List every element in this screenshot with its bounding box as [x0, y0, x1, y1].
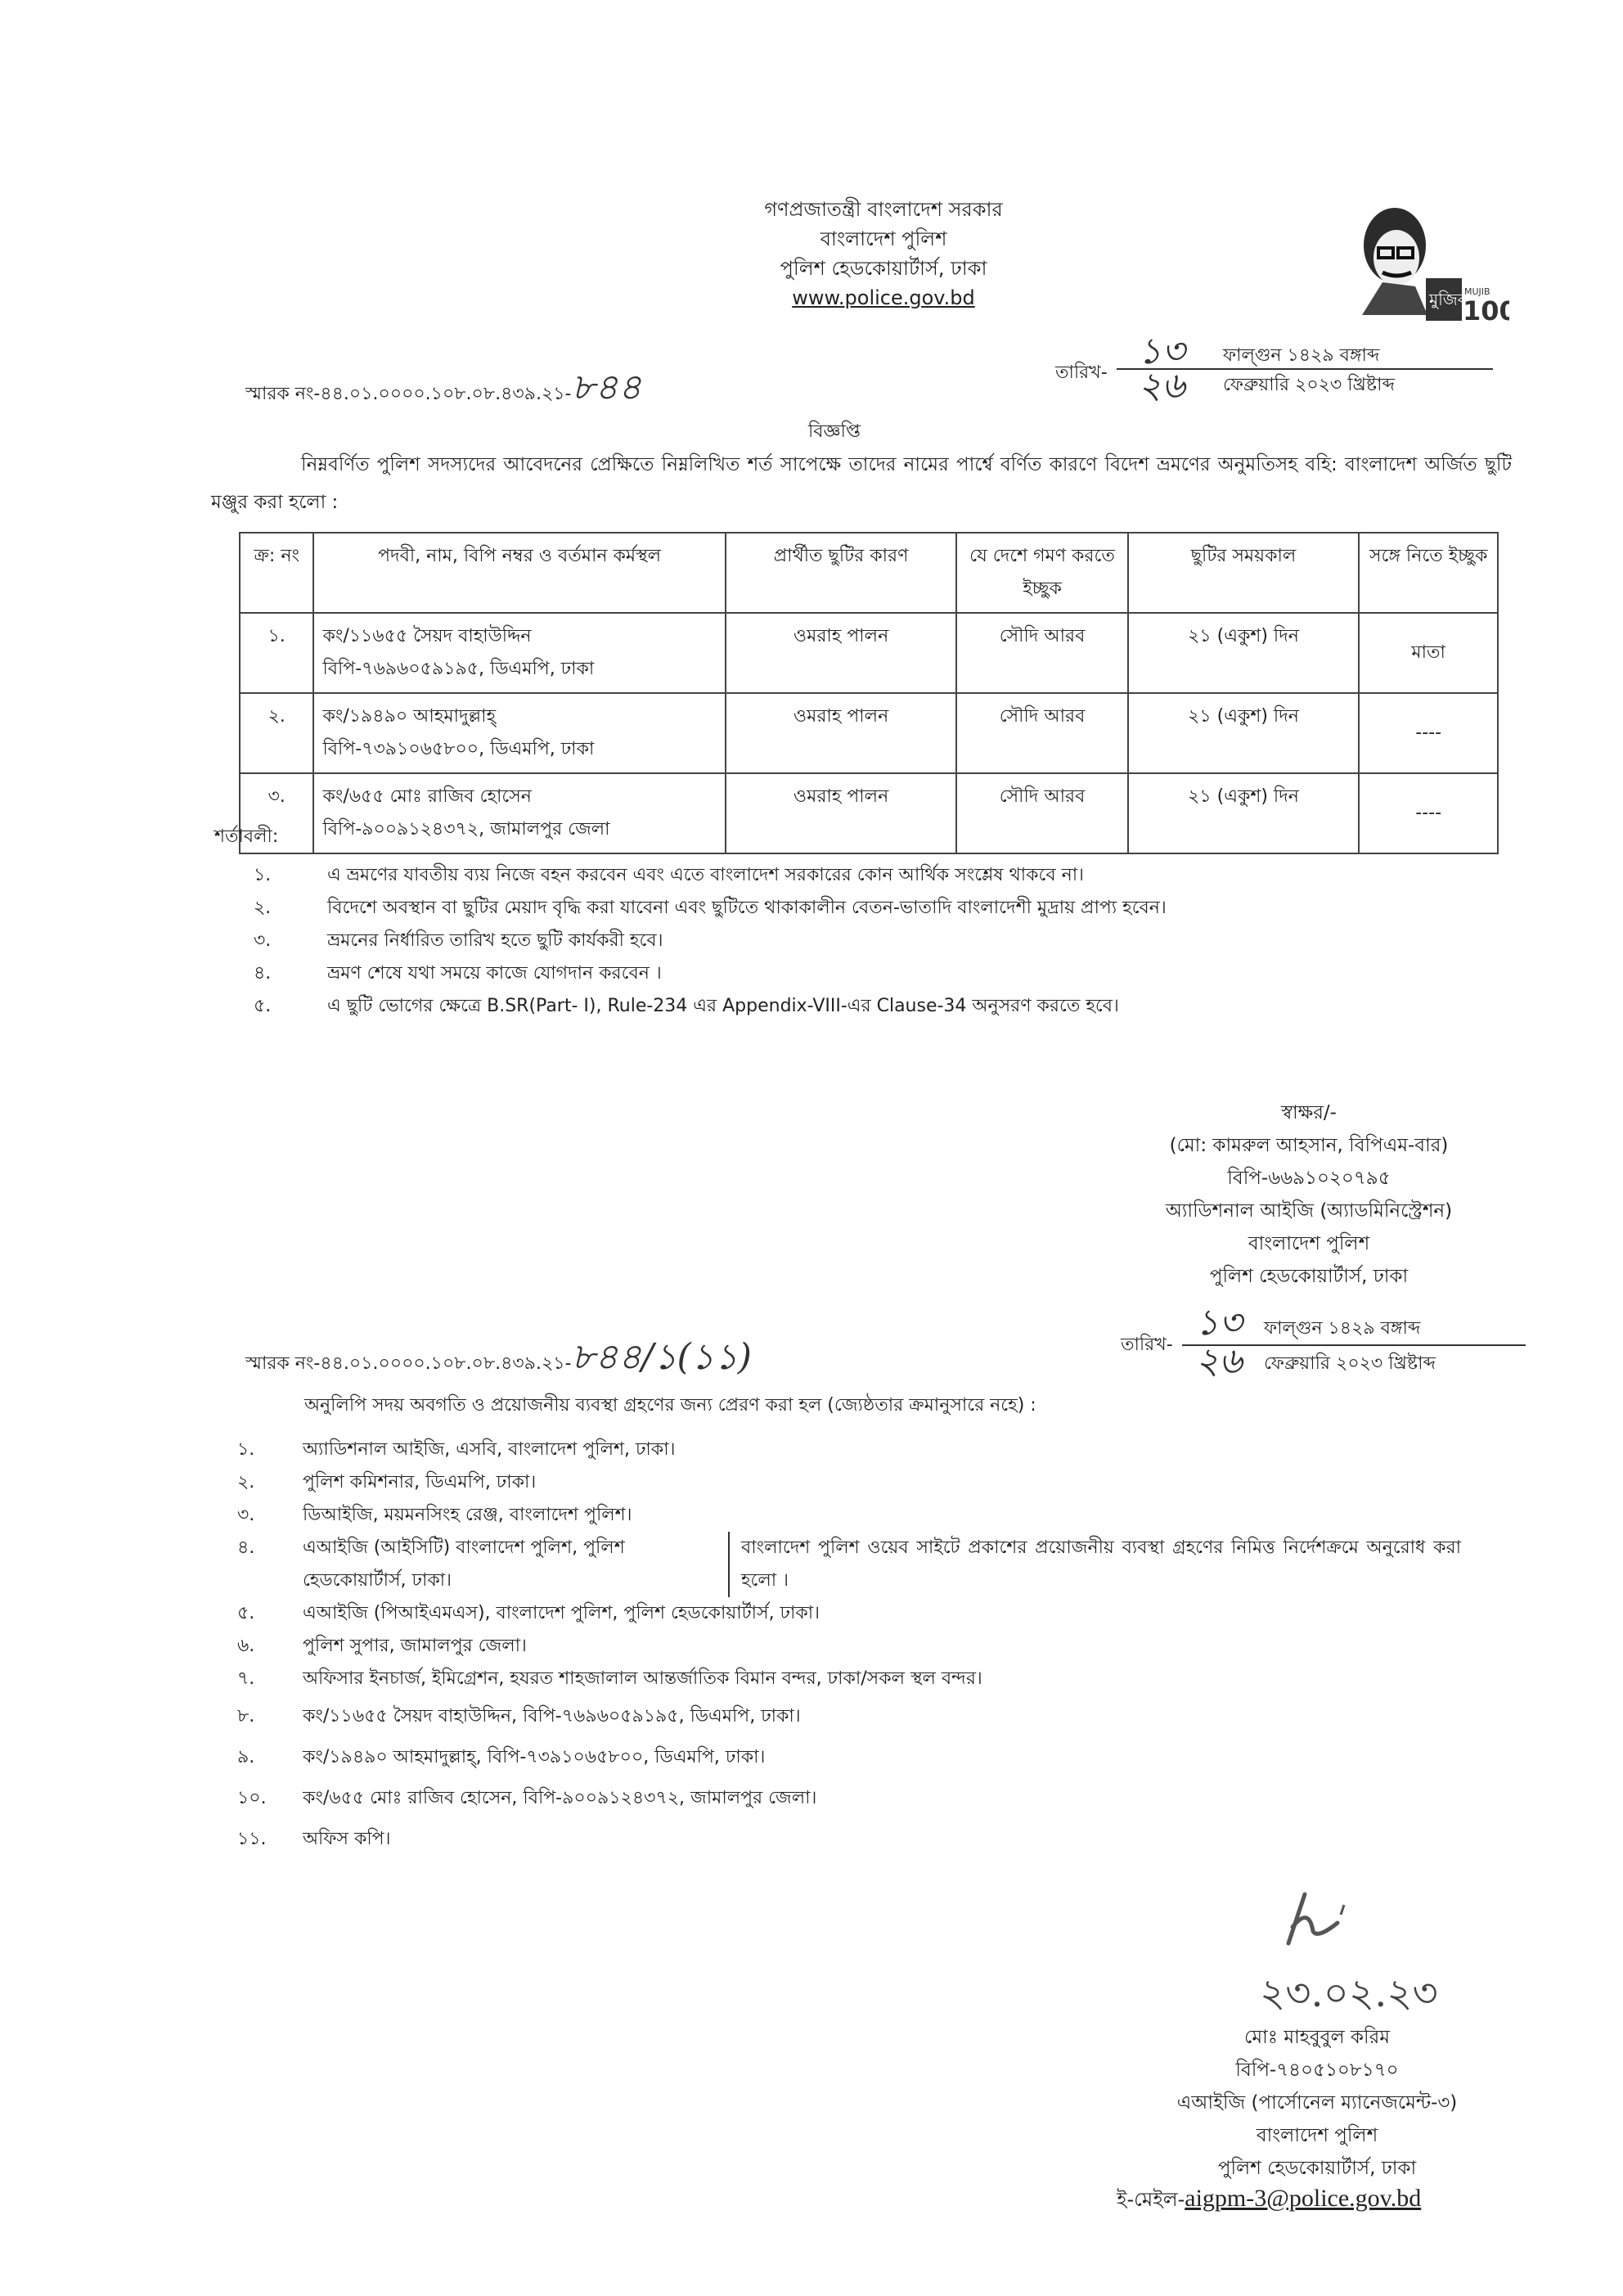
cell-reason: ওমরাহ পালন	[726, 613, 957, 693]
date-label: তারিখ-	[1055, 358, 1108, 389]
condition-item: ৩.ভ্রমনের নির্ধারিত তারিখ হতে ছুটি কার্য…	[254, 925, 1530, 957]
copy-number: ২.	[237, 1466, 303, 1499]
copy-item: ৫.এআইজি (পিআইএমএস), বাংলাদেশ পুলিশ, পুলি…	[237, 1597, 1546, 1630]
cell-name: কং/৬৫৫ মোঃ রাজিব হোসেনবিপি-৯০০৯১২৪৩৭২, জ…	[313, 773, 725, 853]
office-name: পুলিশ হেডকোয়ার্টার্স, ঢাকা	[654, 254, 1113, 283]
condition-text: ভ্রমণ শেষে যথা সময়ে কাজে যোগদান করবেন ।	[327, 957, 662, 990]
copy-text: অ্যাডিশনাল আইজি, এসবি, বাংলাদেশ পুলিশ, ঢ…	[303, 1434, 675, 1466]
member-name: কং/৬৫৫ মোঃ রাজিব হোসেন	[322, 781, 716, 813]
cell-serial: ২.	[240, 693, 313, 773]
signed-mark: স্বাক্ষর/-	[1088, 1096, 1530, 1129]
cell-duration: ২১ (একুশ) দিন	[1128, 693, 1360, 773]
date-gregorian: ফেব্রুয়ারি ২০২৩ খ্রিষ্টাব্দ	[1256, 1346, 1436, 1380]
copy-item: ৯.কং/১৯৪৯০ আহমাদুল্লাহ্, বিপি-৭৩৯১০৬৫৮০০…	[237, 1741, 1546, 1774]
signatory-block-1: স্বাক্ষর/- (মো: কামরুল আহসান, বিপিএম-বার…	[1088, 1096, 1530, 1293]
date-gregorian: ফেব্রুয়ারি ২০২৩ খ্রিষ্টাব্দ	[1207, 370, 1395, 403]
signatory-designation: এআইজি (পার্সোনেল ম্যানেজমেন্ট-৩)	[1121, 2087, 1513, 2119]
member-detail: বিপি-৭৩৯১০৬৫৮০০, ডিএমপি, ঢাকা	[322, 733, 716, 766]
email-label: ই-মেইল-	[1117, 2188, 1185, 2211]
copy-number: ৭.	[237, 1663, 303, 1695]
copy-note: বাংলাদেশ পুলিশ ওয়েব সাইটে প্রকাশের প্রয…	[728, 1532, 1461, 1597]
cell-companion: মাতা	[1359, 613, 1498, 693]
signatory-bp: বিপি-৭৪০৫১০৮১৭০	[1121, 2054, 1513, 2087]
table-row: ৩. কং/৬৫৫ মোঃ রাজিব হোসেনবিপি-৯০০৯১২৪৩৭২…	[240, 773, 1498, 853]
condition-item: ৫.এ ছুটি ভোগের ক্ষেত্রে B.SR(Part- I), R…	[254, 990, 1530, 1023]
date-hand-day-bangla: ১৩	[1117, 335, 1207, 368]
org-name: বাংলাদেশ পুলিশ	[654, 224, 1113, 254]
condition-number: ৩.	[254, 925, 327, 957]
copy-text: পুলিশ কমিশনার, ডিএমপি, ঢাকা।	[303, 1466, 536, 1499]
copy-item: ১.অ্যাডিশনাল আইজি, এসবি, বাংলাদেশ পুলিশ,…	[237, 1434, 1546, 1466]
copy-item: ৮.কং/১১৬৫৫ সৈয়দ বাহাউদ্দিন, বিপি-৭৬৯৬০৫…	[237, 1700, 1546, 1733]
condition-item: ২.বিদেশে অবস্থান বা ছুটির মেয়াদ বৃদ্ধি …	[254, 892, 1530, 925]
copy-number: ৮.	[237, 1700, 303, 1733]
copy-text: অফিসার ইনচার্জ, ইমিগ্রেশন, হযরত শাহজালাল…	[303, 1663, 982, 1695]
copy-number: ৯.	[237, 1741, 303, 1774]
copy-item: ১১.অফিস কপি।	[237, 1823, 1546, 1856]
table-row: ২. কং/১৯৪৯০ আহমাদুল্লাহ্বিপি-৭৩৯১০৬৫৮০০,…	[240, 693, 1498, 773]
condition-number: ৫.	[254, 990, 327, 1023]
signatory-name: (মো: কামরুল আহসান, বিপিএম-বার)	[1088, 1129, 1530, 1162]
cell-companion: ----	[1359, 693, 1498, 773]
signatory-org: বাংলাদেশ পুলিশ	[1121, 2119, 1513, 2152]
copy-item: ৩.ডিআইজি, ময়মনসিংহ রেঞ্জ, বাংলাদেশ পুলি…	[237, 1499, 1546, 1532]
handwritten-signature-icon	[1280, 1890, 1354, 1951]
signatory-designation: অ্যাডিশনাল আইজি (অ্যাডমিনিস্ট্রেশন)	[1088, 1195, 1530, 1227]
conditions-list: ১.এ ভ্রমণের যাবতীয় ব্যয় নিজে বহন করবেন…	[254, 859, 1530, 1023]
cell-companion: ----	[1359, 773, 1498, 853]
memo-handwritten-number: ৮৪৪/১(১১)	[571, 1336, 751, 1378]
leave-table: ক্র: নং পদবী, নাম, বিপি নম্বর ও বর্তমান …	[239, 532, 1499, 854]
copy-number: ১০.	[237, 1782, 303, 1815]
member-name: কং/১১৬৫৫ সৈয়দ বাহাউদ্দিন	[322, 620, 716, 653]
signatory-org: বাংলাদেশ পুলিশ	[1088, 1227, 1530, 1260]
copy-text: ডিআইজি, ময়মনসিংহ রেঞ্জ, বাংলাদেশ পুলিশ।	[303, 1499, 632, 1532]
memo-number: স্মারক নং-৪৪.০১.০০০০.১০৮.০৮.৪৩৯.২১-৮৪৪	[245, 360, 641, 420]
condition-text: এ ভ্রমণের যাবতীয় ব্যয় নিজে বহন করবেন এ…	[327, 859, 1084, 892]
copy-text: অফিস কপি।	[303, 1823, 390, 1856]
email-link[interactable]: aigpm-3@police.gov.bd	[1185, 2185, 1421, 2212]
copy-item: ৪. এআইজি (আইসিটি) বাংলাদেশ পুলিশ, পুলিশ …	[237, 1532, 1546, 1597]
copy-memo-number: স্মারক নং-৪৪.০১.০০০০.১০৮.০৮.৪৩৯.২১-৮৪৪/১…	[245, 1330, 752, 1389]
date-hand-day-gregorian: ২৬	[1117, 370, 1207, 403]
signatory-bp: বিপি-৬৬৯১০২০৭৯৫	[1088, 1162, 1530, 1195]
copy-item: ৬.পুলিশ সুপার, জামালপুর জেলা।	[237, 1630, 1546, 1663]
signatory-block-2: মোঃ মাহবুবুল করিম বিপি-৭৪০৫১০৮১৭০ এআইজি …	[1121, 2021, 1513, 2185]
condition-number: ২.	[254, 892, 327, 925]
cell-country: সৌদি আরব	[956, 773, 1127, 853]
signatory-office: পুলিশ হেডকোয়ার্টার্স, ঢাকা	[1121, 2152, 1513, 2185]
col-companion: সঙ্গে নিতে ইচ্ছুক	[1359, 533, 1498, 613]
condition-item: ১.এ ভ্রমণের যাবতীয় ব্যয় নিজে বহন করবেন…	[254, 859, 1530, 892]
signature-date: ২৩.০২.২৩	[1260, 1964, 1438, 2028]
copy-text: এআইজি (পিআইএমএস), বাংলাদেশ পুলিশ, পুলিশ …	[303, 1597, 820, 1630]
intro-paragraph: নিম্নবর্ণিত পুলিশ সদস্যদের আবেদনের প্রেক…	[211, 446, 1512, 521]
member-detail: বিপি-৭৬৯৬০৫৯১৯৫, ডিএমপি, ঢাকা	[322, 653, 716, 686]
conditions-title: শর্তাবলী:	[214, 822, 278, 853]
col-country: যে দেশে গমণ করতে ইচ্ছুক	[956, 533, 1127, 613]
col-duration: ছুটির সময়কাল	[1128, 533, 1360, 613]
signatory-name: মোঃ মাহবুবুল করিম	[1121, 2021, 1513, 2054]
copy-number: ১১.	[237, 1823, 303, 1856]
table-header-row: ক্র: নং পদবী, নাম, বিপি নম্বর ও বর্তমান …	[240, 533, 1498, 613]
signatory-office: পুলিশ হেডকোয়ার্টার্স, ঢাকা	[1088, 1260, 1530, 1293]
memo-number-label: স্মারক নং-৪৪.০১.০০০০.১০৮.০৮.৪৩৯.২১-	[245, 384, 571, 404]
copy-number: ৫.	[237, 1597, 303, 1630]
copy-text: কং/৬৫৫ মোঃ রাজিব হোসেন, বিপি-৯০০৯১২৪৩৭২,…	[303, 1782, 816, 1815]
table-row: ১. কং/১১৬৫৫ সৈয়দ বাহাউদ্দিনবিপি-৭৬৯৬০৫৯…	[240, 613, 1498, 693]
col-name: পদবী, নাম, বিপি নম্বর ও বর্তমান কর্মস্থল	[313, 533, 725, 613]
condition-text: এ ছুটি ভোগের ক্ষেত্রে B.SR(Part- I), Rul…	[327, 990, 1119, 1023]
cell-name: কং/১১৬৫৫ সৈয়দ বাহাউদ্দিনবিপি-৭৬৯৬০৫৯১৯৫…	[313, 613, 725, 693]
svg-text:100: 100	[1463, 295, 1509, 323]
cell-duration: ২১ (একুশ) দিন	[1128, 613, 1360, 693]
condition-text: বিদেশে অবস্থান বা ছুটির মেয়াদ বৃদ্ধি কর…	[327, 892, 1167, 925]
cell-country: সৌদি আরব	[956, 693, 1127, 773]
copy-list: ১.অ্যাডিশনাল আইজি, এসবি, বাংলাদেশ পুলিশ,…	[237, 1434, 1546, 1856]
mujib-100-emblem-icon: মুজিব শতবর্ষ MUJIB 100	[1338, 200, 1509, 356]
member-detail: বিপি-৯০০৯১২৪৩৭২, জামালপুর জেলা	[322, 813, 716, 846]
cell-country: সৌদি আরব	[956, 613, 1127, 693]
copy-text: কং/১১৬৫৫ সৈয়দ বাহাউদ্দিন, বিপি-৭৬৯৬০৫৯১…	[303, 1700, 801, 1733]
email-line: ই-মেইল-aigpm-3@police.gov.bd	[1117, 2185, 1421, 2217]
copy-number: ৪.	[237, 1532, 303, 1597]
date-hand-day-gregorian: ২৬	[1182, 1346, 1256, 1380]
cell-name: কং/১৯৪৯০ আহমাদুল্লাহ্বিপি-৭৩৯১০৬৫৮০০, ডি…	[313, 693, 725, 773]
member-name: কং/১৯৪৯০ আহমাদুল্লাহ্	[322, 700, 716, 733]
copy-intro: অনুলিপি সদয় অবগতি ও প্রয়োজনীয় ব্যবস্থ…	[304, 1391, 1036, 1421]
copy-item: ৭.অফিসার ইনচার্জ, ইমিগ্রেশন, হযরত শাহজাল…	[237, 1663, 1546, 1695]
date-hand-day-bangla: ১৩	[1182, 1308, 1256, 1344]
condition-item: ৪.ভ্রমণ শেষে যথা সময়ে কাজে যোগদান করবেন…	[254, 957, 1530, 990]
condition-number: ৪.	[254, 957, 327, 990]
copy-text: পুলিশ সুপার, জামালপুর জেলা।	[303, 1630, 527, 1663]
cell-serial: ১.	[240, 613, 313, 693]
memo-handwritten-number: ৮৪৪	[571, 367, 641, 408]
col-reason: প্রার্থীত ছুটির কারণ	[726, 533, 957, 613]
cell-duration: ২১ (একুশ) দিন	[1128, 773, 1360, 853]
condition-text: ভ্রমনের নির্ধারিত তারিখ হতে ছুটি কার্যকর…	[327, 925, 663, 957]
website-link[interactable]: www.police.gov.bd	[792, 286, 975, 309]
condition-number: ১.	[254, 859, 327, 892]
govt-name: গণপ্রজাতন্ত্রী বাংলাদেশ সরকার	[654, 195, 1113, 224]
cell-reason: ওমরাহ পালন	[726, 693, 957, 773]
copy-text: এআইজি (আইসিটি) বাংলাদেশ পুলিশ, পুলিশ হেড…	[303, 1532, 728, 1597]
copy-item: ২.পুলিশ কমিশনার, ডিএমপি, ঢাকা।	[237, 1466, 1546, 1499]
memo-number-label: স্মারক নং-৪৪.০১.০০০০.১০৮.০৮.৪৩৯.২১-	[245, 1353, 571, 1374]
letterhead: গণপ্রজাতন্ত্রী বাংলাদেশ সরকার বাংলাদেশ প…	[654, 195, 1113, 313]
date-bangla: ফাল্গুন ১৪২৯ বঙ্গাব্দ	[1207, 335, 1379, 368]
date-label: তারিখ-	[1121, 1330, 1173, 1361]
col-serial: ক্র: নং	[240, 533, 313, 613]
copy-number: ৩.	[237, 1499, 303, 1532]
copy-number: ১.	[237, 1434, 303, 1466]
cell-reason: ওমরাহ পালন	[726, 773, 957, 853]
date-bangla: ফাল্গুন ১৪২৯ বঙ্গাব্দ	[1256, 1308, 1420, 1344]
copy-number: ৬.	[237, 1630, 303, 1663]
copy-item: ১০.কং/৬৫৫ মোঃ রাজিব হোসেন, বিপি-৯০০৯১২৪৩…	[237, 1782, 1546, 1815]
copy-text: কং/১৯৪৯০ আহমাদুল্লাহ্, বিপি-৭৩৯১০৬৫৮০০, …	[303, 1741, 765, 1774]
notice-title: বিজ্ঞপ্তি	[736, 417, 933, 448]
